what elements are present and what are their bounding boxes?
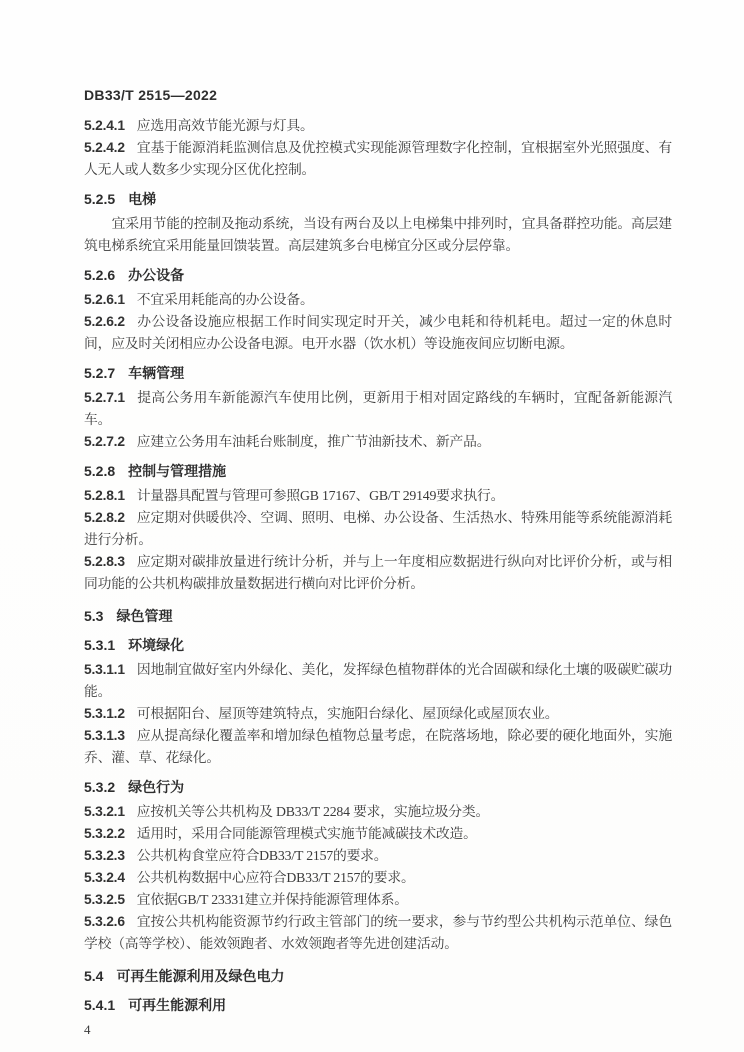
clause-number: 5.3.1.3 xyxy=(84,728,137,743)
section-heading: 5.2.5电梯 xyxy=(84,188,672,210)
clause-number: 5.2.7.1 xyxy=(84,390,137,405)
section-heading: 5.2.8控制与管理措施 xyxy=(84,460,672,482)
section-number: 5.2.7 xyxy=(84,365,128,381)
clause: 5.3.2.2适用时，采用合同能源管理模式实施节能减碳技术改造。 xyxy=(84,823,672,845)
section-title: 可再生能源利用及绿色电力 xyxy=(116,968,284,984)
clause-number: 5.2.8.2 xyxy=(84,510,137,525)
clause: 5.2.8.3应定期对碳排放量进行统计分析，并与上一年度相应数据进行纵向对比评价… xyxy=(84,551,672,595)
clause: 5.3.1.3应从提高绿化覆盖率和增加绿色植物总量考虑，在院落场地，除必要的硬化… xyxy=(84,725,672,769)
clause: 5.3.2.3公共机构食堂应符合DB33/T 2157的要求。 xyxy=(84,845,672,867)
clause: 5.2.7.1提高公务用车新能源汽车使用比例，更新用于相对固定路线的车辆时，宜配… xyxy=(84,387,672,431)
section-number: 5.4.1 xyxy=(84,997,128,1013)
clause: 5.3.2.5宜依据GB/T 23331建立并保持能源管理体系。 xyxy=(84,889,672,911)
clause-text: 应定期对供暖供冷、空调、照明、电梯、办公设备、生活热水、特殊用能等系统能源消耗进… xyxy=(84,510,672,547)
clause-text: 应从提高绿化覆盖率和增加绿色植物总量考虑，在院落场地，除必要的硬化地面外，实施乔… xyxy=(84,728,672,765)
section-heading: 5.4可再生能源利用及绿色电力 xyxy=(84,965,672,987)
clause-text: 宜按公共机构能资源节约行政主管部门的统一要求，参与节约型公共机构示范单位、绿色学… xyxy=(84,914,672,951)
section-title: 环境绿化 xyxy=(128,637,184,653)
section-number: 5.2.8 xyxy=(84,463,128,479)
clause: 5.3.2.4公共机构数据中心应符合DB33/T 2157的要求。 xyxy=(84,867,672,889)
clause-text: 适用时，采用合同能源管理模式实施节能减碳技术改造。 xyxy=(137,826,477,841)
clause-text: 公共机构食堂应符合DB33/T 2157的要求。 xyxy=(137,848,388,863)
section-heading: 5.3.1环境绿化 xyxy=(84,634,672,656)
section-number: 5.3.1 xyxy=(84,637,128,653)
clause-number: 5.3.2.2 xyxy=(84,826,137,841)
clause-number: 5.2.8.1 xyxy=(84,488,137,503)
clause: 5.2.7.2应建立公务用车油耗台账制度，推广节油新技术、新产品。 xyxy=(84,431,672,453)
section-number: 5.3 xyxy=(84,608,116,624)
section-title: 可再生能源利用 xyxy=(128,997,226,1013)
clause-text: 应定期对碳排放量进行统计分析，并与上一年度相应数据进行纵向对比评价分析，或与相同… xyxy=(84,554,672,591)
clause: 5.2.6.2办公设备设施应根据工作时间实现定时开关，减少电耗和待机耗电。超过一… xyxy=(84,311,672,355)
clause-number: 5.2.4.1 xyxy=(84,118,137,133)
clause-text: 可根据阳台、屋顶等建筑特点，实施阳台绿化、屋顶绿化或屋顶农业。 xyxy=(137,706,559,721)
document-body: 5.2.4.1应选用高效节能光源与灯具。5.2.4.2宜基于能源消耗监测信息及优… xyxy=(84,115,672,1016)
clause: 5.2.4.1应选用高效节能光源与灯具。 xyxy=(84,115,672,137)
clause-number: 5.3.2.3 xyxy=(84,848,137,863)
clause: 5.2.8.2应定期对供暖供冷、空调、照明、电梯、办公设备、生活热水、特殊用能等… xyxy=(84,507,672,551)
section-title: 绿色行为 xyxy=(128,779,184,795)
section-number: 5.2.6 xyxy=(84,267,128,283)
clause-text: 应建立公务用车油耗台账制度，推广节油新技术、新产品。 xyxy=(137,434,491,449)
clause: 5.2.8.1计量器具配置与管理可参照GB 17167、GB/T 29149要求… xyxy=(84,485,672,507)
clause-text: 应按机关等公共机构及 DB33/T 2284 要求，实施垃圾分类。 xyxy=(137,804,489,819)
clause-number: 5.3.2.1 xyxy=(84,804,137,819)
section-title: 电梯 xyxy=(128,191,156,207)
clause-number: 5.2.6.1 xyxy=(84,292,137,307)
clause-text: 应选用高效节能光源与灯具。 xyxy=(137,118,314,133)
clause-number: 5.2.4.2 xyxy=(84,140,137,155)
section-heading: 5.2.7车辆管理 xyxy=(84,362,672,384)
clause: 5.2.4.2宜基于能源消耗监测信息及优控模式实现能源管理数字化控制，宜根据室外… xyxy=(84,137,672,181)
section-title: 办公设备 xyxy=(128,267,184,283)
clause-number: 5.3.1.2 xyxy=(84,706,137,721)
clause-text: 公共机构数据中心应符合DB33/T 2157的要求。 xyxy=(137,870,415,885)
clause-number: 5.2.8.3 xyxy=(84,554,137,569)
clause-number: 5.3.2.5 xyxy=(84,892,137,907)
document-number-header: DB33/T 2515—2022 xyxy=(84,84,672,106)
clause-text: 不宜采用耗能高的办公设备。 xyxy=(137,292,314,307)
section-title: 控制与管理措施 xyxy=(128,463,226,479)
clause-text: 因地制宜做好室内外绿化、美化，发挥绿色植物群体的光合固碳和绿化土壤的吸碳贮碳功能… xyxy=(84,662,672,699)
section-title: 车辆管理 xyxy=(128,365,184,381)
clause: 5.2.6.1不宜采用耗能高的办公设备。 xyxy=(84,289,672,311)
clause: 5.3.1.2可根据阳台、屋顶等建筑特点，实施阳台绿化、屋顶绿化或屋顶农业。 xyxy=(84,703,672,725)
body-paragraph: 宜采用节能的控制及拖动系统，当设有两台及以上电梯集中排列时，宜具备群控功能。高层… xyxy=(84,213,672,257)
section-number: 5.4 xyxy=(84,968,116,984)
section-heading: 5.3.2绿色行为 xyxy=(84,776,672,798)
section-heading: 5.2.6办公设备 xyxy=(84,264,672,286)
clause-text: 计量器具配置与管理可参照GB 17167、GB/T 29149要求执行。 xyxy=(137,488,504,503)
clause-number: 5.3.2.4 xyxy=(84,870,137,885)
clause-text: 宜依据GB/T 23331建立并保持能源管理体系。 xyxy=(137,892,408,907)
page-number: 4 xyxy=(84,1019,672,1041)
section-heading: 5.3绿色管理 xyxy=(84,605,672,627)
clause: 5.3.2.6宜按公共机构能资源节约行政主管部门的统一要求，参与节约型公共机构示… xyxy=(84,911,672,955)
clause: 5.3.2.1应按机关等公共机构及 DB33/T 2284 要求，实施垃圾分类。 xyxy=(84,801,672,823)
clause: 5.3.1.1因地制宜做好室内外绿化、美化，发挥绿色植物群体的光合固碳和绿化土壤… xyxy=(84,659,672,703)
clause-text: 办公设备设施应根据工作时间实现定时开关，减少电耗和待机耗电。超过一定的休息时间，… xyxy=(84,314,672,351)
section-number: 5.3.2 xyxy=(84,779,128,795)
clause-number: 5.3.1.1 xyxy=(84,662,137,677)
section-title: 绿色管理 xyxy=(116,608,172,624)
clause-number: 5.2.6.2 xyxy=(84,314,137,329)
clause-text: 提高公务用车新能源汽车使用比例，更新用于相对固定路线的车辆时，宜配备新能源汽车。 xyxy=(84,390,672,427)
clause-number: 5.2.7.2 xyxy=(84,434,137,449)
section-heading: 5.4.1可再生能源利用 xyxy=(84,994,672,1016)
document-page: DB33/T 2515—2022 5.2.4.1应选用高效节能光源与灯具。5.2… xyxy=(0,0,744,1052)
document-content: DB33/T 2515—2022 5.2.4.1应选用高效节能光源与灯具。5.2… xyxy=(84,84,672,1041)
clause-text: 宜基于能源消耗监测信息及优控模式实现能源管理数字化控制，宜根据室外光照强度、有人… xyxy=(84,140,672,177)
section-number: 5.2.5 xyxy=(84,191,128,207)
clause-number: 5.3.2.6 xyxy=(84,914,137,929)
